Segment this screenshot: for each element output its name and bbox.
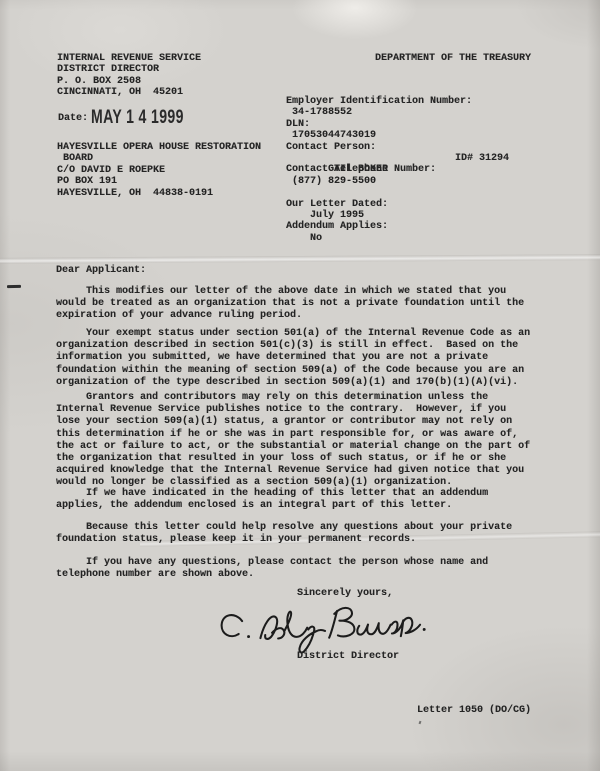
date-label: Date:: [58, 113, 88, 124]
valediction: Sincerely yours,: [297, 588, 393, 599]
addendum-value: No: [286, 233, 472, 244]
contact-person-value: GAIL BOKER: [322, 164, 388, 175]
body-paragraph: Because this letter could help resolve a…: [56, 522, 512, 546]
body-paragraph: Grantors and contributors may rely on th…: [56, 392, 530, 490]
recipient-address-line: C/O DAVID E ROEPKE: [57, 165, 261, 176]
sender-address-block: INTERNAL REVENUE SERVICE DISTRICT DIRECT…: [57, 53, 201, 99]
letter-dated-label: Our Letter Dated:: [286, 199, 472, 210]
sender-address-line: DISTRICT DIRECTOR: [57, 64, 201, 75]
addendum-label: Addendum Applies:: [286, 221, 472, 232]
date-stamp: MAY 1 4 1999: [91, 107, 184, 129]
contact-person-label: Contact Person:: [286, 142, 472, 153]
ink-speck: [419, 721, 422, 725]
margin-pen-dash: [7, 285, 21, 288]
dln-value: 17053044743019: [286, 130, 472, 141]
letter-dated-value: July 1995: [286, 210, 472, 221]
salutation: Dear Applicant:: [56, 265, 146, 276]
sender-address-line: CINCINNATI, OH 45201: [57, 87, 201, 98]
recipient-address-line: BOARD: [57, 153, 261, 164]
department-header: DEPARTMENT OF THE TREASURY: [375, 53, 531, 64]
recipient-address-line: PO BOX 191: [57, 176, 261, 187]
letter-form-number: Letter 1050 (DO/CG): [417, 705, 531, 716]
dln-label: DLN:: [286, 119, 472, 130]
fold-crease-top: [0, 254, 600, 264]
body-paragraph: This modifies our letter of the above da…: [56, 286, 524, 323]
ein-value: 34-1788552: [286, 107, 472, 118]
recipient-address-line: HAYESVILLE, OH 44838-0191: [57, 188, 261, 199]
signer-title: District Director: [297, 651, 399, 662]
contact-id: ID# 31294: [455, 153, 509, 164]
sender-address-line: P. O. BOX 2508: [57, 76, 201, 87]
letter-info-block: Employer Identification Number: 34-17885…: [286, 96, 472, 244]
sender-address-line: INTERNAL REVENUE SERVICE: [57, 53, 201, 64]
contact-person-row: GAIL BOKER ID# 31294: [286, 153, 472, 164]
ein-label: Employer Identification Number:: [286, 96, 472, 107]
body-paragraph: If you have any questions, please contac…: [56, 557, 488, 581]
body-paragraph: Your exempt status under section 501(a) …: [56, 328, 530, 389]
recipient-address-line: HAYESVILLE OPERA HOUSE RESTORATION: [57, 142, 261, 153]
scanned-letter: INTERNAL REVENUE SERVICE DISTRICT DIRECT…: [0, 0, 600, 771]
spacer: [286, 187, 472, 198]
recipient-address-block: HAYESVILLE OPERA HOUSE RESTORATION BOARD…: [57, 142, 261, 199]
body-paragraph: If we have indicated in the heading of t…: [56, 488, 488, 512]
